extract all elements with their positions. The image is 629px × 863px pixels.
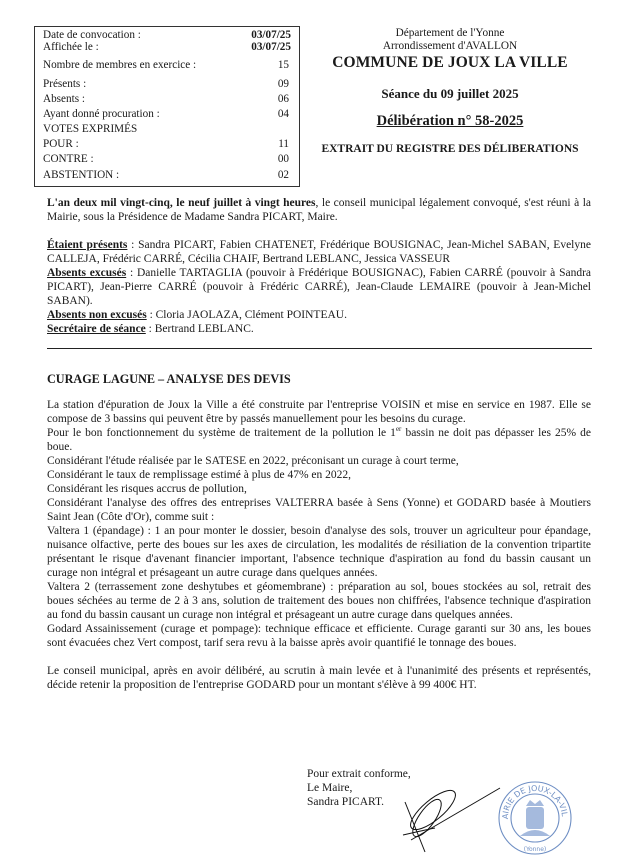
- info-row-pour: POUR : 11: [43, 138, 291, 151]
- document-header: Département de l'Yonne Arrondissement d'…: [300, 27, 600, 155]
- attendance-block: Étaient présents : Sandra PICART, Fabien…: [47, 238, 591, 336]
- offer-valtera-1: Valtera 1 (épandage) : 1 an pour monter …: [47, 524, 591, 580]
- presents-label: Étaient présents: [47, 239, 127, 251]
- info-value: 09: [278, 78, 291, 91]
- info-value: 04: [278, 108, 291, 121]
- secretaire-line: Secrétaire de séance : Bertrand LEBLANC.: [47, 322, 591, 336]
- considerant: Considérant le taux de remplissage estim…: [47, 468, 591, 482]
- info-value: 03/07/25: [251, 29, 291, 42]
- stamp-bottom-text: (Yonne): [524, 846, 547, 853]
- info-label: Nombre de membres en exercice :: [43, 59, 196, 72]
- offer-godard: Godard Assainissement (curage et pompage…: [47, 622, 591, 650]
- info-label: CONTRE :: [43, 153, 94, 166]
- handwritten-signature-icon: [395, 780, 505, 855]
- mairie-stamp-icon: MAIRIE DE JOUX-LA-VILLE (Yonne): [496, 778, 574, 858]
- signature-line-1: Pour extrait conforme,: [307, 767, 411, 781]
- secretaire-label: Secrétaire de séance: [47, 323, 146, 335]
- excuses-list: : Danielle TARTAGLIA (pouvoir à Frédériq…: [47, 267, 591, 307]
- non-excuses-label: Absents non excusés: [47, 309, 147, 321]
- secretaire-name: : Bertrand LEBLANC.: [146, 323, 254, 335]
- intro-paragraph: L'an deux mil vingt-cinq, le neuf juille…: [47, 196, 591, 224]
- info-row-membres: Nombre de membres en exercice : 15: [43, 59, 291, 72]
- info-row-abstention: ABSTENTION : 02: [43, 169, 291, 182]
- separator-line: [47, 348, 592, 349]
- info-label: ABSTENTION :: [43, 169, 119, 182]
- info-row-affichee: Affichée le : 03/07/25: [43, 41, 291, 54]
- extrait-title: EXTRAIT DU REGISTRE DES DÉLIBERATIONS: [300, 143, 600, 155]
- info-value: 00: [278, 153, 291, 166]
- intro-bold: L'an deux mil vingt-cinq, le neuf juille…: [47, 197, 316, 209]
- presents-line: Étaient présents : Sandra PICART, Fabien…: [47, 238, 591, 266]
- presents-list: : Sandra PICART, Fabien CHATENET, Frédér…: [47, 239, 591, 265]
- section-title: CURAGE LAGUNE – ANALYSE DES DEVIS: [47, 372, 291, 387]
- info-label: Absents :: [43, 93, 85, 106]
- considerant: Considérant l'analyse des offres des ent…: [47, 496, 591, 524]
- considerant: Considérant les risques accrus de pollut…: [47, 482, 591, 496]
- info-value: 03/07/25: [251, 41, 291, 54]
- meeting-info-box: Date de convocation : 03/07/25 Affichée …: [34, 26, 300, 187]
- info-value: 11: [278, 138, 291, 151]
- commune-title: COMMUNE DE JOUX LA VILLE: [300, 54, 600, 72]
- info-label: Présents :: [43, 78, 86, 91]
- non-excuses-list: : Cloria JAOLAZA, Clément POINTEAU.: [147, 309, 347, 321]
- info-value: 15: [278, 59, 291, 72]
- paragraph-station: La station d'épuration de Joux la Ville …: [47, 398, 591, 426]
- excuses-line: Absents excusés : Danielle TARTAGLIA (po…: [47, 266, 591, 308]
- paragraph-fonctionnement: Pour le bon fonctionnement du système de…: [47, 426, 591, 454]
- info-value: 02: [278, 169, 291, 182]
- considerant: Considérant l'étude réalisée par le SATE…: [47, 454, 591, 468]
- decision-paragraph: Le conseil municipal, après en avoir dél…: [47, 664, 591, 692]
- info-row-presents: Présents : 09: [43, 78, 291, 91]
- deliberation-number: Délibération n° 58-2025: [300, 113, 600, 130]
- info-row-votes-exprimes: VOTES EXPRIMÉS: [43, 123, 291, 136]
- info-label: Date de convocation :: [43, 29, 141, 42]
- info-row-absents: Absents : 06: [43, 93, 291, 106]
- arrondissement: Arrondissement d'AVALLON: [300, 40, 600, 53]
- info-label: Affichée le :: [43, 41, 99, 54]
- info-label: VOTES EXPRIMÉS: [43, 123, 137, 136]
- info-label: POUR :: [43, 138, 79, 151]
- seance-date: Séance du 09 juillet 2025: [300, 86, 600, 102]
- department: Département de l'Yonne: [300, 27, 600, 40]
- offer-valtera-2: Valtera 2 (terrassement zone deshytubes …: [47, 580, 591, 622]
- section-body: La station d'épuration de Joux la Ville …: [47, 398, 591, 692]
- info-row-procuration: Ayant donné procuration : 04: [43, 108, 291, 121]
- excuses-label: Absents excusés: [47, 267, 126, 279]
- p2-text: Pour le bon fonctionnement du système de…: [47, 427, 396, 439]
- info-value: [289, 123, 291, 136]
- info-label: Ayant donné procuration :: [43, 108, 160, 121]
- info-value: 06: [278, 93, 291, 106]
- info-row-contre: CONTRE : 00: [43, 153, 291, 166]
- non-excuses-line: Absents non excusés : Cloria JAOLAZA, Cl…: [47, 308, 591, 322]
- info-row-date-convocation: Date de convocation : 03/07/25: [43, 29, 291, 42]
